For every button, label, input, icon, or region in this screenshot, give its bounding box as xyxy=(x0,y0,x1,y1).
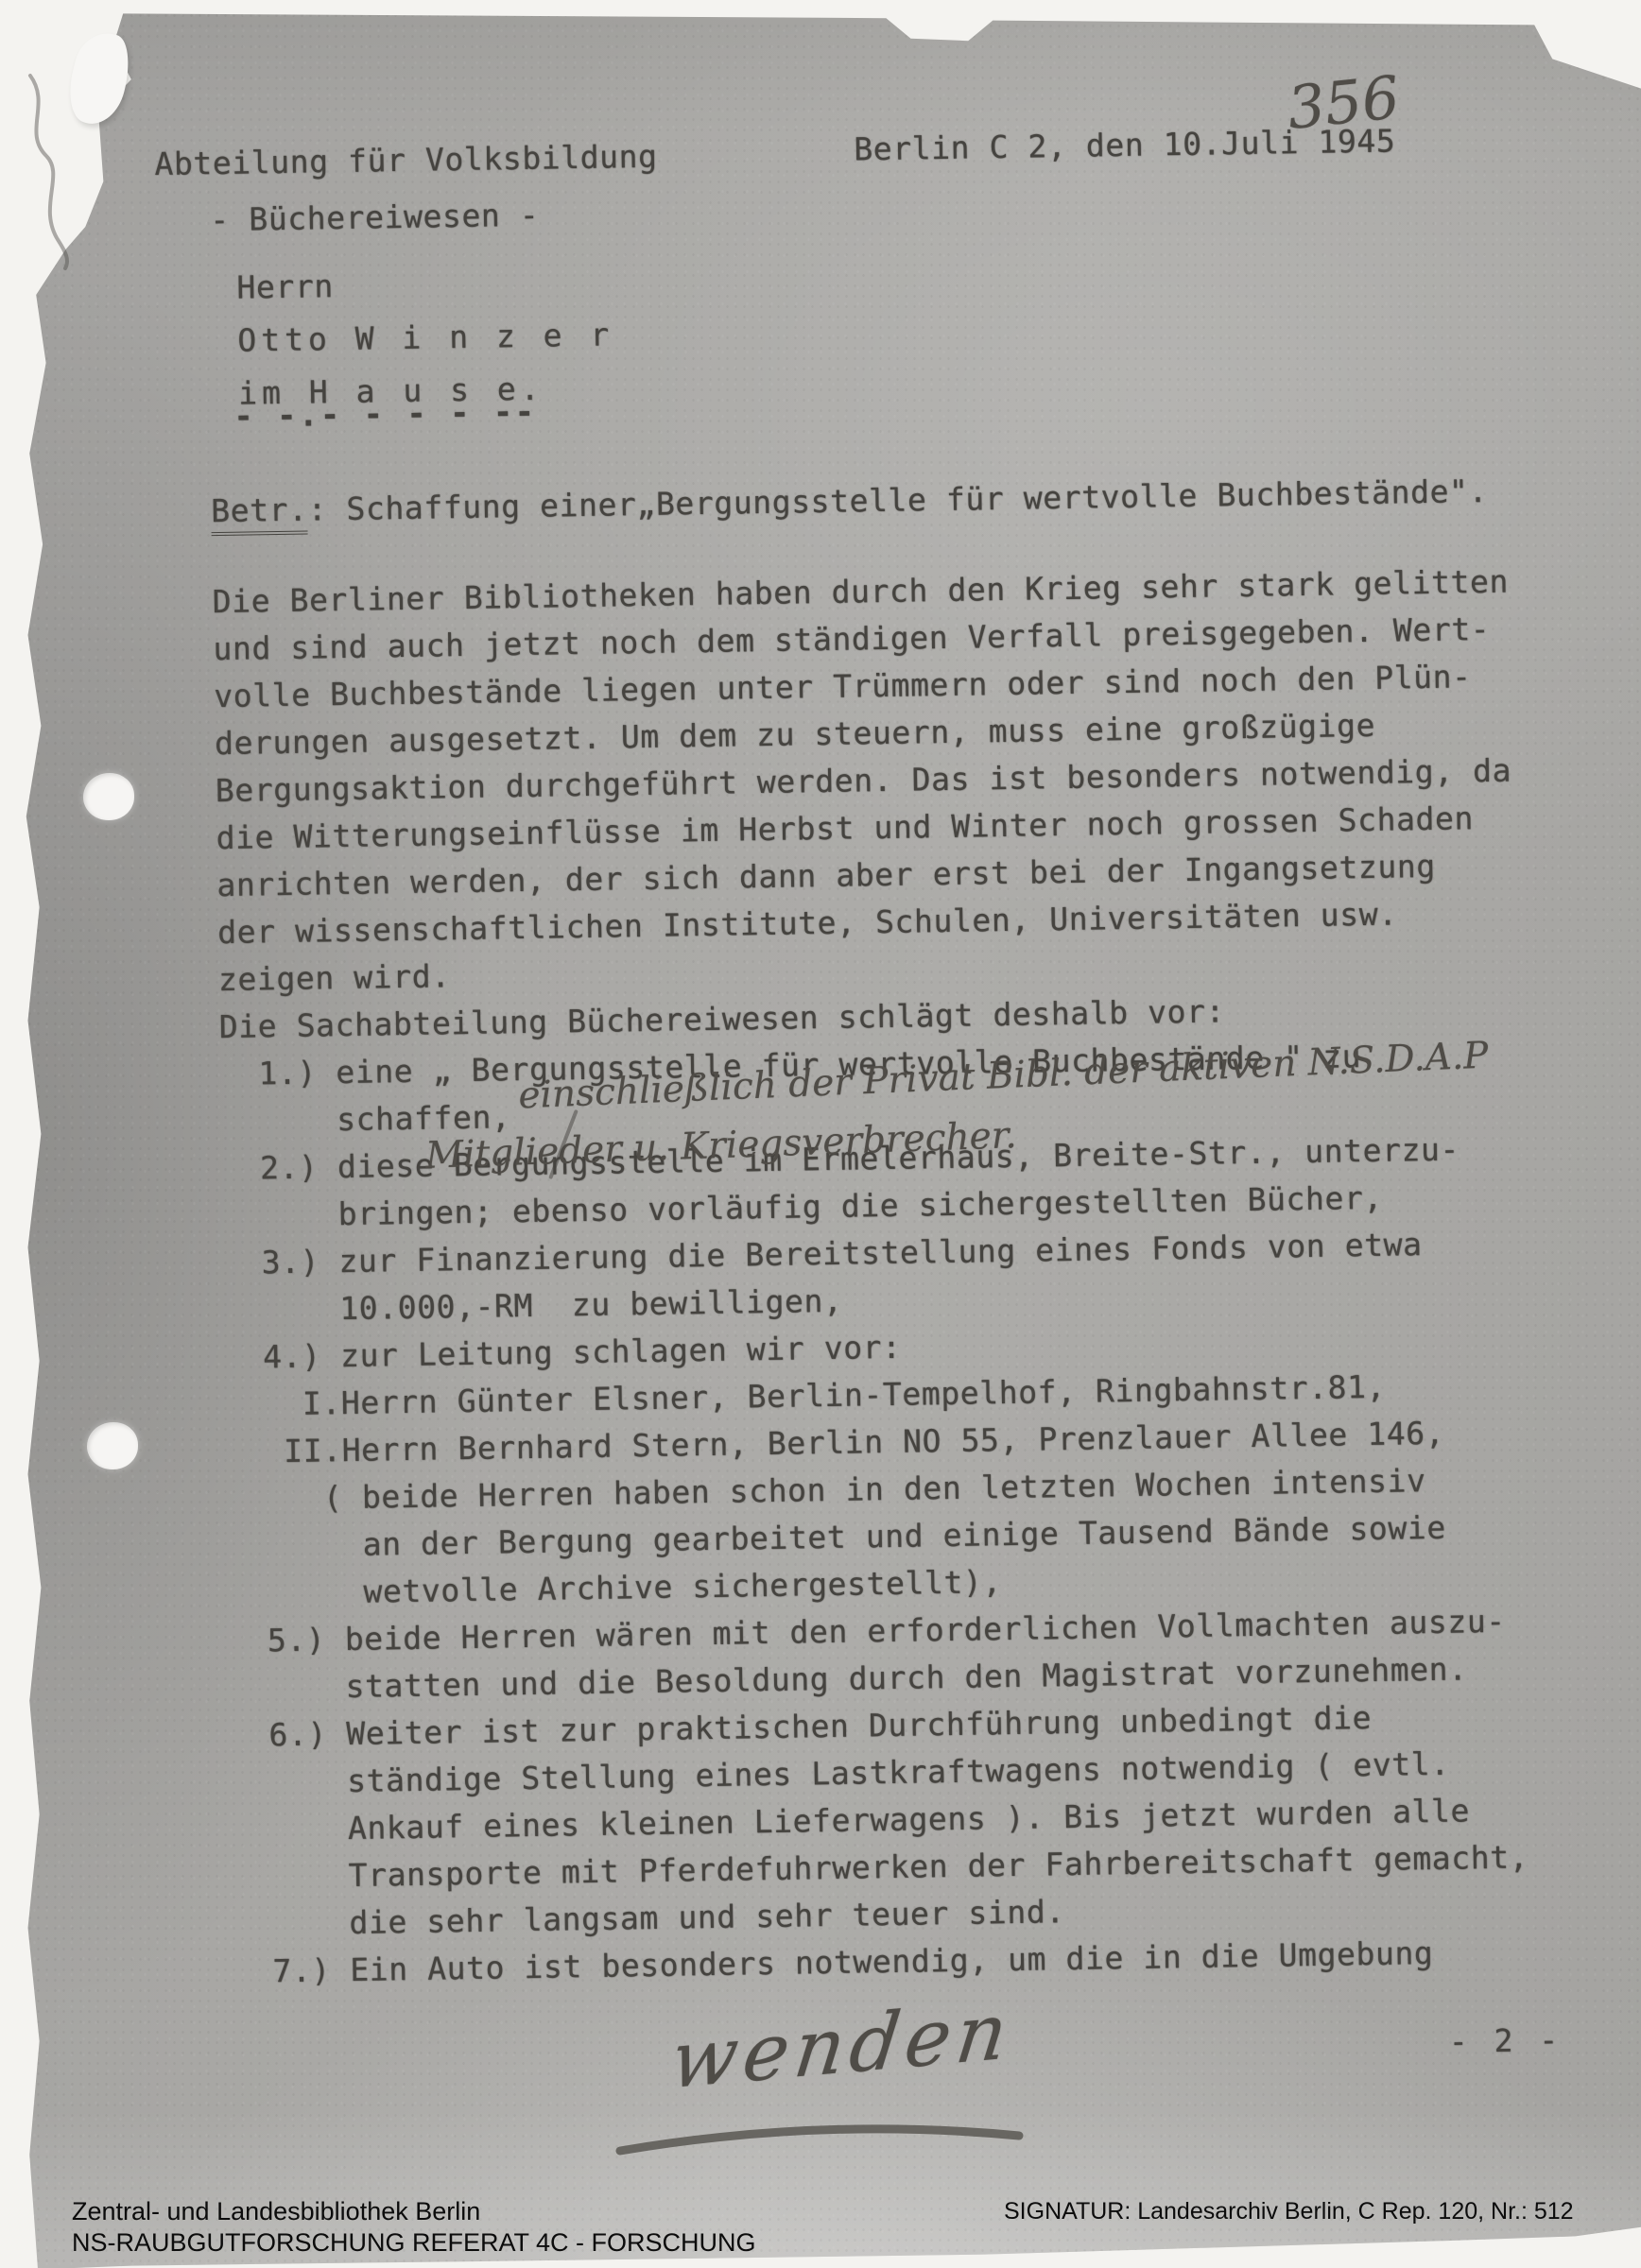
subject-line: Betr.: Schaffung einer„Bergungsstelle fü… xyxy=(211,472,1488,529)
archive-owner-line2: NS-RAUBGUTFORSCHUNG REFERAT 4C - FORSCHU… xyxy=(72,2227,756,2259)
sender-department-line: Abteilung für Volksbildung xyxy=(154,138,658,182)
turn-note-underline xyxy=(613,2115,1028,2162)
recipient-salutation: Herrn xyxy=(236,267,334,306)
recipient-name: Otto W i n z e r xyxy=(237,316,613,358)
handwritten-folio-number: 356 xyxy=(1285,62,1403,143)
subject-label: Betr. xyxy=(211,491,308,537)
page-number: - 2 - xyxy=(1448,2021,1562,2060)
sender-section-line: - Büchereiwesen - xyxy=(210,197,540,238)
letter-body: Die Berliner Bibliotheken haben durch de… xyxy=(212,563,1530,2001)
recipient-underline-dashes: - -.- - - - -- xyxy=(233,393,537,435)
archive-owner-label: Zentral- und Landesbibliothek Berlin NS-… xyxy=(72,2196,756,2259)
archive-signature-label: SIGNATUR: Landesarchiv Berlin, C Rep. 12… xyxy=(1004,2198,1574,2225)
subject-text: : Schaffung einer„Bergungsstelle für wer… xyxy=(307,472,1488,528)
archive-owner-line1: Zentral- und Landesbibliothek Berlin xyxy=(72,2196,756,2227)
scanned-letter-page: Abteilung für Volksbildung - Büchereiwes… xyxy=(0,0,1641,2268)
